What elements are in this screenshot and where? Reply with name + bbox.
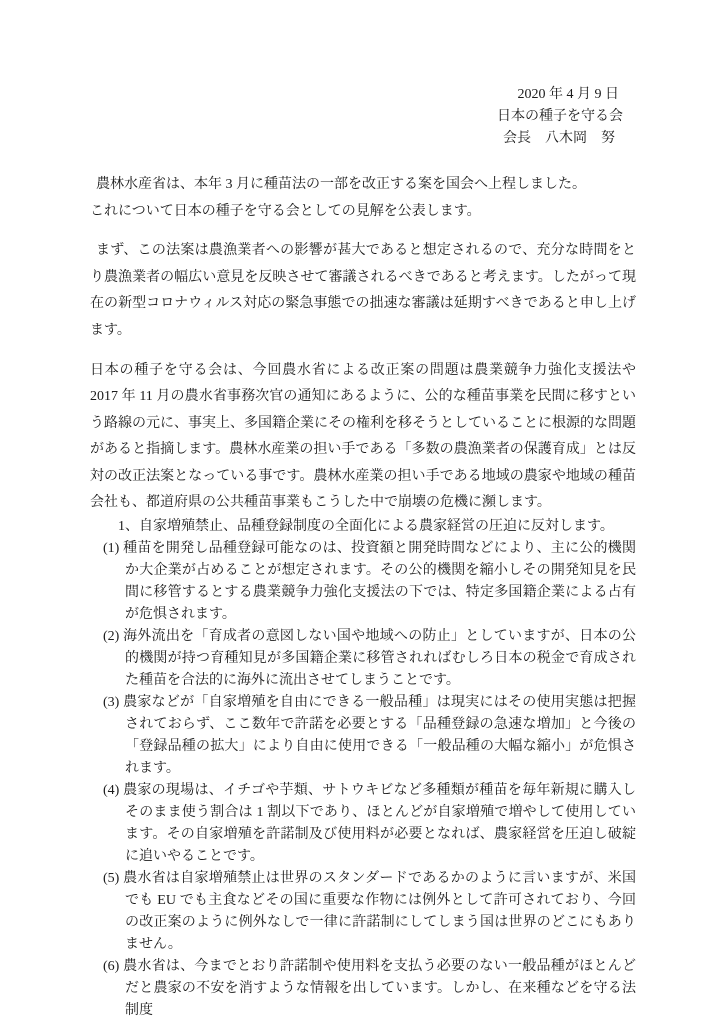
list-item: (4) 農家の現場は、イチゴや芋類、サトウキビなど多種類が種苗を毎年新規に購入し… [90, 780, 636, 868]
section-items: (1) 種苗を開発し品種登録可能なのは、投資額と開発時間などにより、主に公的機関… [90, 538, 636, 1022]
intro-line-2: これについて日本の種子を守る会としての見解を公表します。 [90, 198, 636, 225]
list-item: (6) 農水省は、今までとおり許諾制や使用料を支払う必要のない一般品種がほとんど… [90, 956, 636, 1022]
list-item: (3) 農家などが「自家増殖を自由にできる一般品種」は現実にはその使用実態は把握… [90, 692, 636, 780]
item-marker: (5) [103, 871, 123, 886]
list-item: (2) 海外流出を「育成者の意図しない国や地域への防止」としていますが、日本の公… [90, 626, 636, 692]
document-date: 2020 年 4 月 9 日 [90, 84, 636, 106]
opinion-section: 1、自家増殖禁止、品種登録制度の全面化による農家経営の圧迫に反対します。 (1)… [90, 516, 636, 1022]
item-marker: (4) [103, 783, 123, 798]
intro-line-1: 農林水産省は、本年 3 月に種苗法の一部を改正する案を国会へ上程しました。 [90, 171, 636, 198]
item-marker: (1) [103, 541, 123, 556]
item-marker: (3) [103, 695, 123, 710]
document-header: 2020 年 4 月 9 日 日本の種子を守る会 会長 八木岡 努 [90, 84, 636, 150]
document-content: 2020 年 4 月 9 日 日本の種子を守る会 会長 八木岡 努 農林水産省は… [90, 84, 636, 1022]
body-paragraph-procedure: まず、この法案は農漁業者への影響が甚大であると想定されるので、充分な時間をとり農… [90, 238, 636, 344]
item-marker: (2) [103, 629, 123, 644]
signatory-name: 会長 八木岡 努 [90, 128, 636, 150]
organization-name: 日本の種子を守る会 [90, 106, 636, 128]
body-paragraph-position: 日本の種子を守る会は、今回農水省による改正案の問題は農業競争力強化支援法や 20… [90, 358, 636, 516]
document-page: 2020 年 4 月 9 日 日本の種子を守る会 会長 八木岡 努 農林水産省は… [0, 0, 724, 1024]
list-item: (1) 種苗を開発し品種登録可能なのは、投資額と開発時間などにより、主に公的機関… [90, 538, 636, 626]
section-heading: 1、自家増殖禁止、品種登録制度の全面化による農家経営の圧迫に反対します。 [90, 516, 636, 538]
intro-paragraph: 農林水産省は、本年 3 月に種苗法の一部を改正する案を国会へ上程しました。 これ… [90, 171, 636, 225]
item-marker: (6) [103, 959, 123, 974]
list-item: (5) 農水省は自家増殖禁止は世界のスタンダードであるかのように言いますが、米国… [90, 868, 636, 956]
